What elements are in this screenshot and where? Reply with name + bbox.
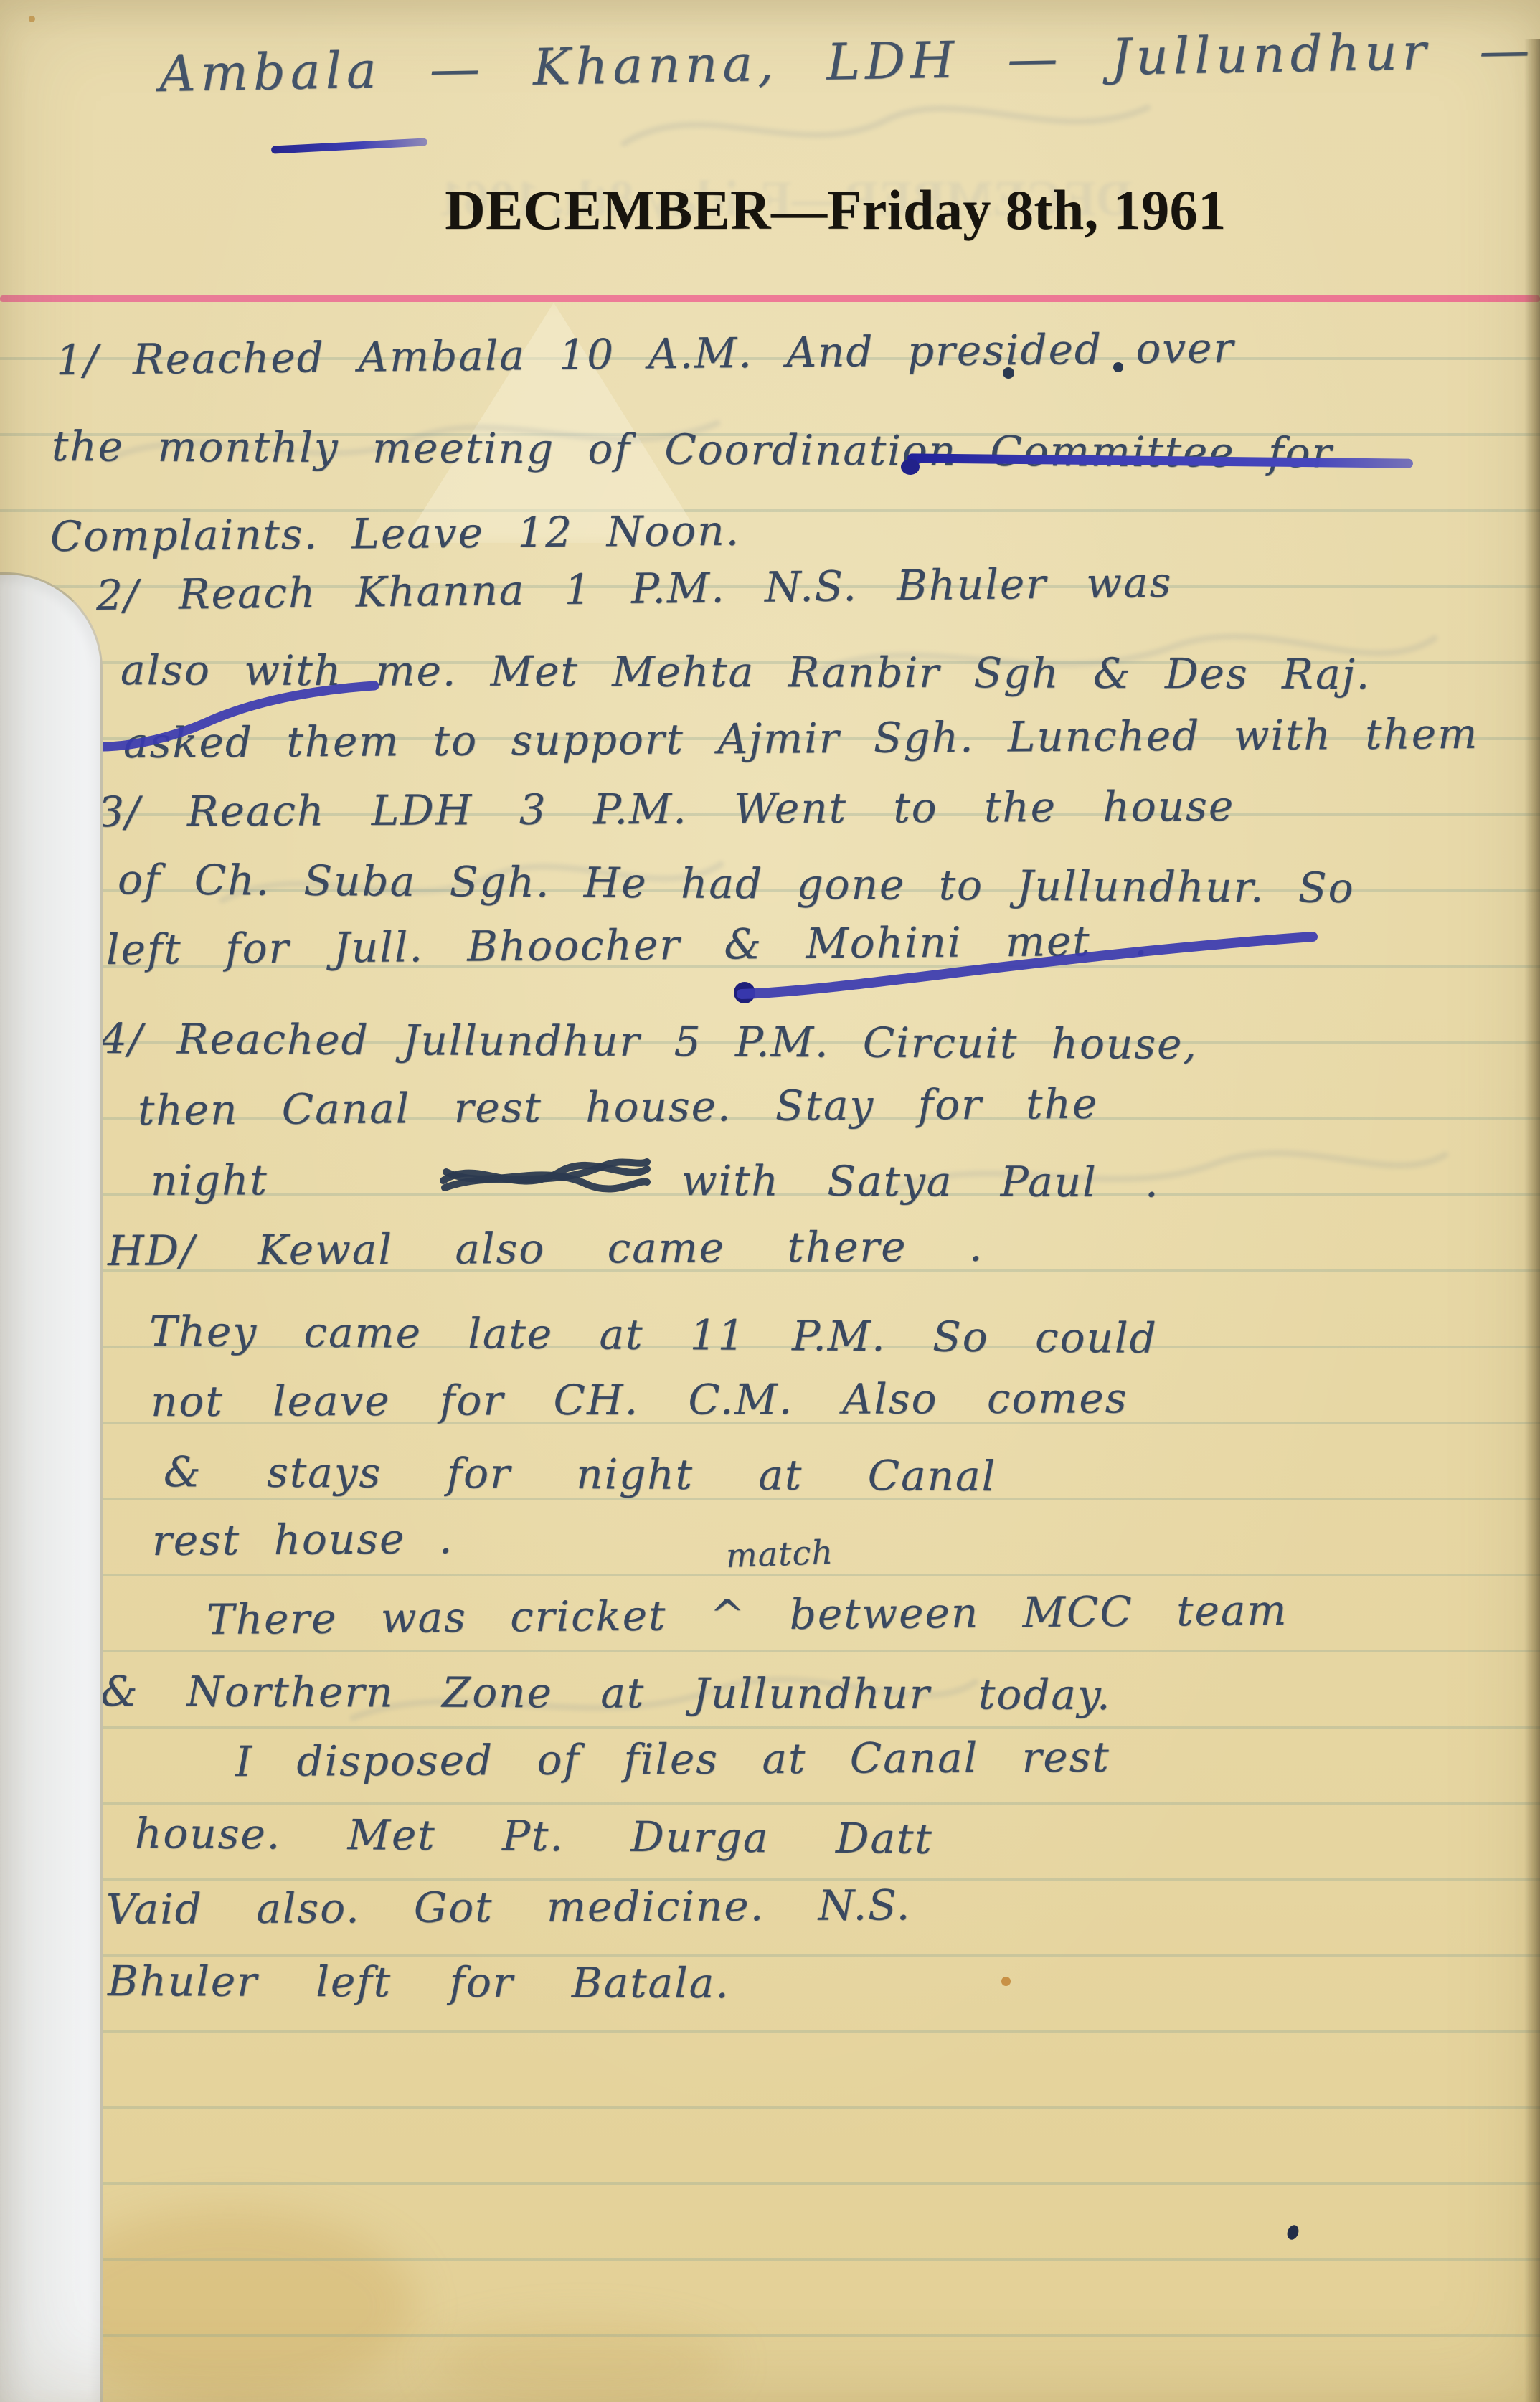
- diary-line: not leave for CH. C.M. Also comes: [151, 1373, 1128, 1426]
- diary-line: Bhuler left for Batala.: [108, 1957, 730, 2008]
- diary-line: the monthly meeting of Coordination Comm…: [52, 422, 1333, 477]
- struck-out-word: [438, 1145, 653, 1205]
- diary-line-satya-paul: with Satya Paul .: [681, 1156, 1160, 1206]
- diary-line-night: night: [151, 1155, 268, 1205]
- diary-line: & Northern Zone at Jullundhur today.: [100, 1667, 1112, 1719]
- diary-line: Complaints. Leave 12 Noon.: [50, 506, 741, 561]
- diary-line: 4/ Reached Jullundhur 5 P.M. Circuit hou…: [100, 1014, 1198, 1069]
- diary-line: There was cricket ^ between MCC team: [207, 1586, 1288, 1644]
- pink-divider-rule: [0, 295, 1540, 302]
- ink-dot: [1113, 362, 1123, 372]
- diary-line: of Ch. Suba Sgh. He had gone to Jullundh…: [118, 855, 1355, 912]
- page-edge-shadow: [1524, 39, 1540, 2402]
- diary-scan: { "palette": { "paper": "#e8d9a8", "unde…: [0, 0, 1540, 2402]
- diary-line: HD/ Kewal also came there .: [108, 1222, 984, 1275]
- inserted-word-match: match: [725, 1533, 834, 1575]
- diary-line: I disposed of files at Canal rest: [235, 1733, 1110, 1786]
- rust-speck: [29, 16, 35, 22]
- ink-dot: [1003, 367, 1014, 379]
- blue-underline-names: [727, 924, 1330, 1006]
- diary-line: Vaid also. Got medicine. N.S.: [106, 1881, 911, 1934]
- diary-line: & stays for night at Canal: [164, 1447, 996, 1500]
- diary-line: 3/ Reach LDH 3 P.M. Went to the house: [98, 782, 1235, 836]
- diary-line: then Canal rest house. Stay for the: [138, 1079, 1099, 1135]
- diary-line: rest house .: [152, 1514, 454, 1565]
- diary-line: house. Met Pt. Durga Datt: [135, 1809, 933, 1863]
- blue-ink-blob: [901, 459, 920, 475]
- diary-line: They came late at 11 P.M. So could: [149, 1307, 1158, 1363]
- under-page-edge: [0, 572, 103, 2402]
- date-title: DECEMBER—Friday 8th, 1961: [387, 178, 1284, 242]
- rust-speck: [1001, 1977, 1011, 1986]
